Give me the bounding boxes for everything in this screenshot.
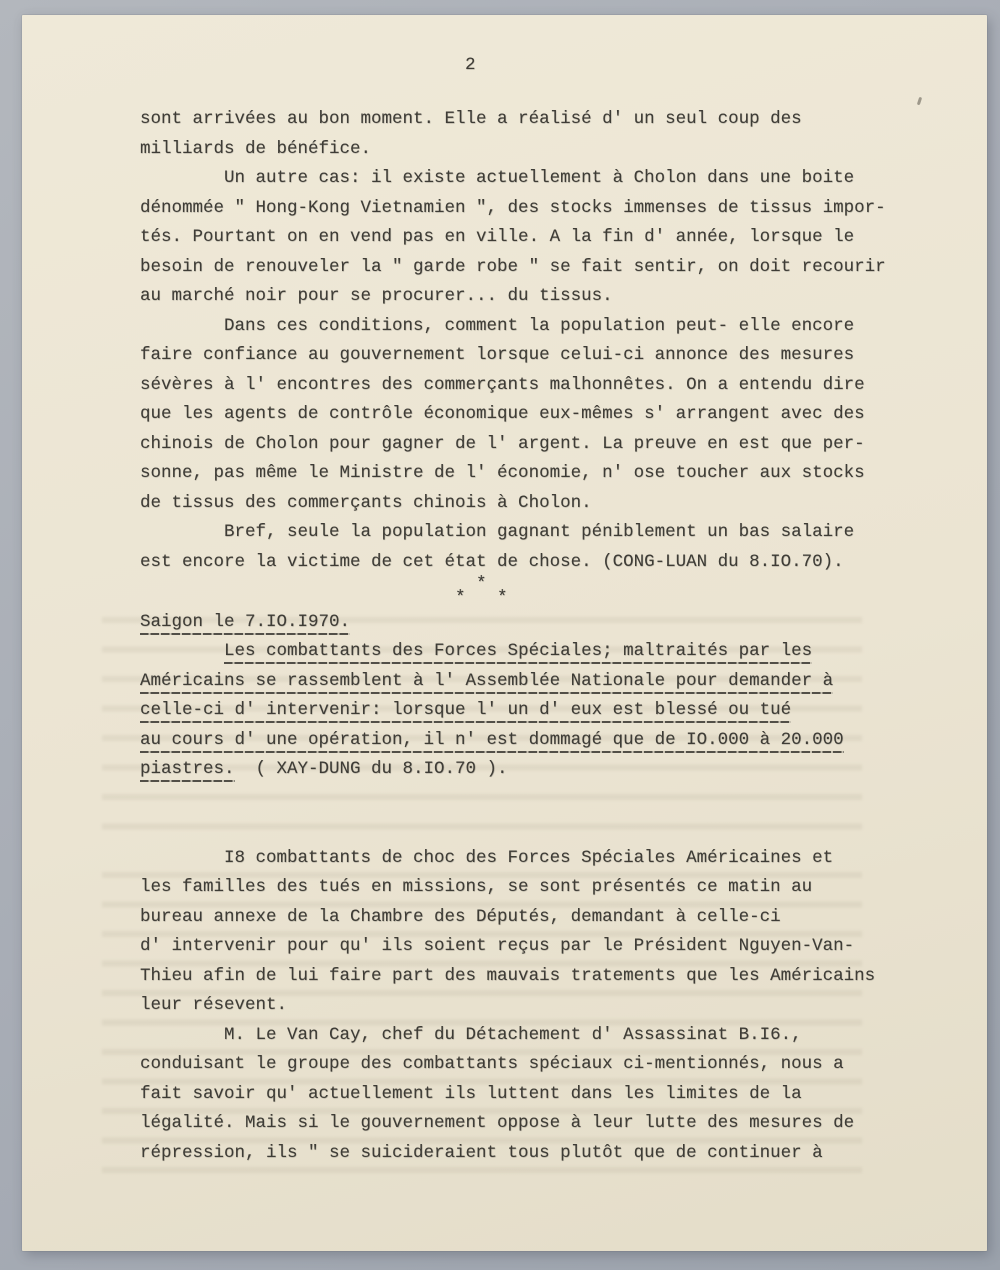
section-divider-stars: * * *	[140, 577, 940, 608]
text-line: de tissus des commerçants chinois à Chol…	[140, 489, 940, 519]
text-run: au marché noir pour se procurer... du ti…	[140, 286, 613, 306]
text-line: Thieu afin de lui faire part des mauvais…	[140, 962, 940, 992]
text-line: I8 combattants de choc des Forces Spécia…	[140, 844, 940, 874]
text-run: est encore la victime de cet état de cho…	[140, 552, 844, 572]
text-line: sont arrivées au bon moment. Elle a réal…	[140, 105, 940, 135]
text-line: conduisant le groupe des combattants spé…	[140, 1050, 940, 1080]
text-run: les familles des tués en missions, se so…	[140, 877, 812, 897]
text-run: conduisant le groupe des combattants spé…	[140, 1054, 844, 1074]
text-run: fait savoir qu' actuellement ils luttent…	[140, 1084, 802, 1104]
text-line: piastres. ( XAY-DUNG du 8.IO.70 ).	[140, 755, 940, 785]
text-line: au marché noir pour se procurer... du ti…	[140, 282, 940, 312]
text-line: au cours d' une opération, il n' est dom…	[140, 726, 940, 756]
text-line: que les agents de contrôle économique eu…	[140, 400, 940, 430]
text-line: sévères à l' encontres des commerçants m…	[140, 371, 940, 401]
text-line: sonne, pas même le Ministre de l' économ…	[140, 459, 940, 489]
text-run: bureau annexe de la Chambre des Députés,…	[140, 907, 781, 927]
text-run: que les agents de contrôle économique eu…	[140, 404, 865, 424]
underlined-text: piastres.	[140, 759, 235, 782]
text-line: celle-ci d' intervenir: lorsque l' un d'…	[140, 696, 940, 726]
text-line: Les combattants des Forces Spéciales; ma…	[140, 637, 940, 667]
text-run: dénommée " Hong-Kong Vietnamien ", des s…	[140, 198, 886, 218]
underlined-text: celle-ci d' intervenir: lorsque l' un d'…	[140, 700, 791, 723]
text-run: besoin de renouveler la " garde robe " s…	[140, 257, 886, 277]
text-run: faire confiance au gouvernement lorsque …	[140, 345, 854, 365]
text-run: sonne, pas même le Ministre de l' économ…	[140, 463, 865, 483]
text-line: Saigon le 7.IO.I970.	[140, 608, 940, 638]
text-line: d' intervenir pour qu' ils soient reçus …	[140, 932, 940, 962]
underlined-text: Américains se rassemblent à l' Assemblée…	[140, 671, 833, 694]
text-run: chinois de Cholon pour gagner de l' arge…	[140, 434, 865, 454]
text-line: légalité. Mais si le gouvernement oppose…	[140, 1109, 940, 1139]
text-line: Bref, seule la population gagnant pénibl…	[140, 518, 940, 548]
text-run: sévères à l' encontres des commerçants m…	[140, 375, 865, 395]
text-run: Dans ces conditions, comment la populati…	[140, 316, 854, 336]
text-run: sont arrivées au bon moment. Elle a réal…	[140, 109, 802, 129]
text-run: M. Le Van Cay, chef du Détachement d' As…	[140, 1025, 802, 1045]
text-run: ( XAY-DUNG du 8.IO.70 ).	[235, 759, 508, 779]
text-line: faire confiance au gouvernement lorsque …	[140, 341, 940, 371]
text-run: d' intervenir pour qu' ils soient reçus …	[140, 936, 854, 956]
text-line: Un autre cas: il existe actuellement à C…	[140, 164, 940, 194]
text-line: les familles des tués en missions, se so…	[140, 873, 940, 903]
text-run: Thieu afin de lui faire part des mauvais…	[140, 966, 875, 986]
blank-lines	[140, 785, 940, 844]
text-line: besoin de renouveler la " garde robe " s…	[140, 253, 940, 283]
text-run: leur résevent.	[140, 995, 287, 1015]
text-run	[140, 641, 224, 661]
text-run: légalité. Mais si le gouvernement oppose…	[140, 1113, 854, 1133]
text-line: milliards de bénéfice.	[140, 135, 940, 165]
underlined-text: Saigon le 7.IO.I970.	[140, 612, 350, 635]
stray-ink-mark	[917, 97, 922, 105]
text-line: tés. Pourtant on en vend pas en ville. A…	[140, 223, 940, 253]
text-line: répression, ils " se suicideraient tous …	[140, 1139, 940, 1169]
page-number: 2	[465, 55, 476, 75]
underlined-text: Les combattants des Forces Spéciales; ma…	[224, 641, 812, 664]
text-run: Un autre cas: il existe actuellement à C…	[140, 168, 854, 188]
text-line: fait savoir qu' actuellement ils luttent…	[140, 1080, 940, 1110]
desk-background: 2 sont arrivées au bon moment. Elle a ré…	[0, 0, 1000, 1270]
text-line: dénommée " Hong-Kong Vietnamien ", des s…	[140, 194, 940, 224]
document-body: sont arrivées au bon moment. Elle a réal…	[140, 105, 940, 1168]
text-run: milliards de bénéfice.	[140, 139, 371, 159]
text-line: Dans ces conditions, comment la populati…	[140, 312, 940, 342]
text-run: répression, ils " se suicideraient tous …	[140, 1143, 823, 1163]
underlined-text: au cours d' une opération, il n' est dom…	[140, 730, 844, 753]
text-line: leur résevent.	[140, 991, 940, 1021]
text-line: M. Le Van Cay, chef du Détachement d' As…	[140, 1021, 940, 1051]
text-run: Bref, seule la population gagnant pénibl…	[140, 522, 854, 542]
text-line: bureau annexe de la Chambre des Députés,…	[140, 903, 940, 933]
text-run: I8 combattants de choc des Forces Spécia…	[140, 848, 833, 868]
divider-stars-row: * *	[140, 592, 940, 606]
text-line: chinois de Cholon pour gagner de l' arge…	[140, 430, 940, 460]
text-line: est encore la victime de cet état de cho…	[140, 548, 940, 578]
text-run: tés. Pourtant on en vend pas en ville. A…	[140, 227, 854, 247]
document-page: 2 sont arrivées au bon moment. Elle a ré…	[22, 15, 987, 1251]
text-run: de tissus des commerçants chinois à Chol…	[140, 493, 592, 513]
text-line: Américains se rassemblent à l' Assemblée…	[140, 667, 940, 697]
